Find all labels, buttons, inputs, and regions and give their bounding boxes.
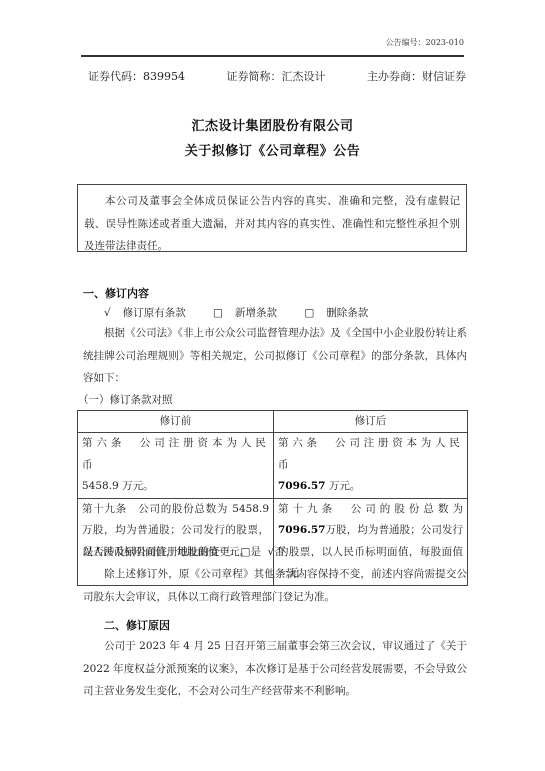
subsection-heading: （一）修订条款对照 <box>78 392 173 407</box>
change-type-checkboxes: √修订原有条款 □新增条款 □删除条款 <box>104 305 392 320</box>
company-name-title: 汇杰设计集团股份有限公司 <box>0 115 545 134</box>
empty-box-icon: □ <box>304 307 314 319</box>
table-header-row: 修订前 修订后 <box>78 411 468 433</box>
checkbox-add-new: □新增条款 <box>213 307 289 319</box>
security-info-row: 证券代码：839954 证券简称：汇杰设计 主办券商：财信证券 <box>88 68 466 84</box>
disclaimer-text: 本公司及董事会全体成员保证公告内容的真实、准确和完整，没有虚假记载、误导性陈述或… <box>84 190 460 258</box>
column-header-before: 修订前 <box>78 411 274 433</box>
check-mark-icon: √ <box>104 307 111 319</box>
reason-paragraph: 公司于 2023 年 4 月 25 日召开第三届董事会第三次会议，审议通过了《关… <box>83 635 467 703</box>
intro-text: 根据《公司法》《非上市公众公司监督管理办法》及《全国中小企业股份转让系统挂牌公司… <box>83 327 467 384</box>
amendment-comparison-table: 修订前 修订后 第六条 公司注册资本为人民币5458.9 万元。 第六条 公司注… <box>77 410 468 586</box>
empty-box-icon: □ <box>213 307 223 319</box>
security-abbreviation: 证券简称：汇杰设计 <box>227 68 326 84</box>
section-1-heading: 一、修订内容 <box>83 285 149 301</box>
address-change-line: 是否涉及到公司注册地址的变更：□是 √否 <box>83 544 285 559</box>
table-row: 第六条 公司注册资本为人民币5458.9 万元。 第六条 公司注册资本为人民币7… <box>78 433 468 499</box>
reason-text: 公司于 2023 年 4 月 25 日召开第三届董事会第三次会议，审议通过了《关… <box>83 640 467 697</box>
cell-before-article-6: 第六条 公司注册资本为人民币5458.9 万元。 <box>78 433 274 499</box>
closing-paragraph: 除上述修订外，原《公司章程》其他条款内容保持不变，前述内容尚需提交公司股东大会审… <box>83 563 467 608</box>
checkbox-delete: □删除条款 <box>304 307 380 319</box>
disclaimer-box: 本公司及董事会全体成员保证公告内容的真实、准确和完整，没有虚假记载、误导性陈述或… <box>77 184 467 252</box>
section-2-heading: 二、修订原因 <box>104 617 170 633</box>
header-divider <box>81 55 464 57</box>
address-change-yes: □是 <box>241 546 261 558</box>
column-header-after: 修订后 <box>274 411 468 433</box>
checkbox-modify-existing: √修订原有条款 <box>104 307 198 319</box>
security-code: 证券代码：839954 <box>88 68 185 84</box>
closing-text: 除上述修订外，原《公司章程》其他条款内容保持不变，前述内容尚需提交公司股东大会审… <box>83 568 467 603</box>
cell-after-article-6: 第六条 公司注册资本为人民币7096.57 万元。 <box>274 433 468 499</box>
address-change-no: √否 <box>268 546 285 558</box>
sponsor-broker: 主办券商：财信证券 <box>367 68 466 84</box>
announcement-title: 关于拟修订《公司章程》公告 <box>0 140 545 159</box>
notice-number: 公告编号：2023-010 <box>386 37 464 48</box>
intro-paragraph: 根据《公司法》《非上市公众公司监督管理办法》及《全国中小企业股份转让系统挂牌公司… <box>83 322 467 390</box>
